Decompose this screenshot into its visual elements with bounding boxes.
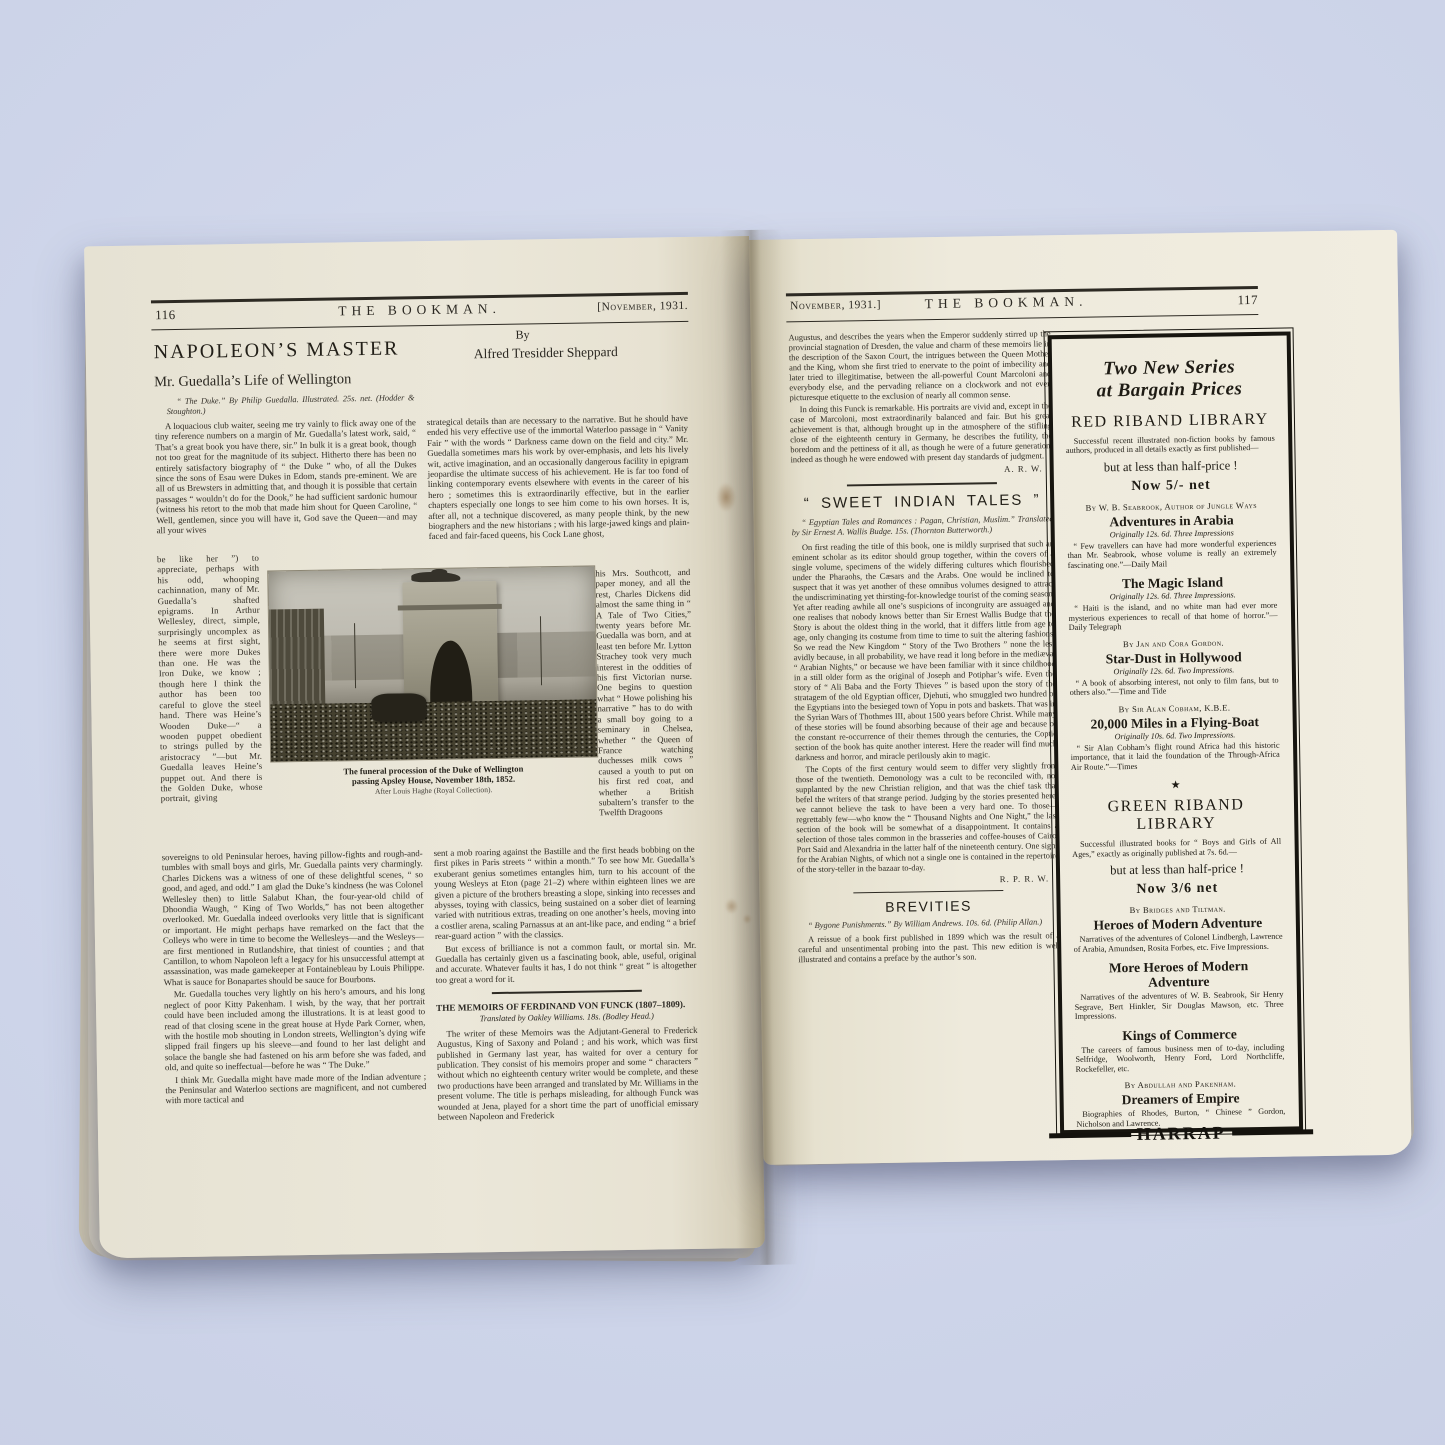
article-text: But excess of brilliance is not a common… <box>435 940 697 986</box>
engraving-funeral-car <box>371 693 427 722</box>
article-text: his Mrs. Southcott, and paper money, and… <box>595 567 694 818</box>
ad-review-quote: “ Haiti is the island, and no white man … <box>1068 601 1277 633</box>
article-text: sovereigns to old Peninsular heroes, hav… <box>162 848 425 987</box>
harrap-rule-right <box>1232 1129 1314 1135</box>
section-heading: BREVITIES <box>797 896 1059 916</box>
article-text-block: sovereigns to old Peninsular heroes, hav… <box>162 848 427 1106</box>
byline: By Alfred Tresidder Sheppard <box>473 325 689 362</box>
series-description: Successful recent illustrated non-fictio… <box>1066 433 1275 455</box>
article-text: sent a mob roaring against the Bastille … <box>434 844 696 942</box>
ad-byline: By Abdullah and Pakenham. <box>1074 1078 1287 1091</box>
ad-review-quote: “ Few travellers can have had more wonde… <box>1067 538 1276 570</box>
ad-headline-line2: at Bargain Prices <box>1096 378 1242 401</box>
byline-prefix: By <box>515 325 688 343</box>
series-price: Now 5/- net <box>1064 476 1277 495</box>
magazine-spread: 116 THE BOOKMAN. [November, 1931. NAPOLE… <box>84 220 1415 1271</box>
ad-headline-line1: Two New Series <box>1103 356 1235 379</box>
reviewer-initials: A. R. W. <box>791 463 1053 477</box>
article-text: On first reading the title of this book,… <box>792 539 1057 763</box>
ad-book-info: Originally 12s. 6d. Three Impressions. <box>1066 590 1279 602</box>
foxing-stain <box>724 898 738 914</box>
engraving-apsley-house <box>269 609 326 712</box>
article-text: A reissue of a book first published in 1… <box>798 931 1060 965</box>
article-subtitle: Mr. Guedalla’s Life of Wellington <box>154 371 351 391</box>
article-text: be like her ”) to appreciate, perhaps wi… <box>157 553 263 804</box>
engraving-figure: The funeral procession of the Duke of We… <box>267 565 597 797</box>
publisher-imprint: HARRAP <box>1049 1121 1313 1146</box>
book-citation: “ The Duke.” By Philip Guedalla. Illustr… <box>166 393 414 417</box>
book-citation: “ Bygone Punishments.” By William Andrew… <box>798 917 1060 931</box>
publisher-name: HARRAP <box>1137 1123 1226 1145</box>
page-number: 117 <box>786 292 1258 315</box>
section-divider-rule <box>491 990 641 994</box>
engraving-image <box>267 565 598 762</box>
engraving-statue-rider <box>431 569 447 576</box>
left-page: 116 THE BOOKMAN. [November, 1931. NAPOLE… <box>84 236 765 1258</box>
article-text: Mr. Guedalla touches very lightly on his… <box>164 985 426 1072</box>
ad-book-title: Kings of Commerce <box>1073 1025 1286 1043</box>
series-description: Successful illustrated books for “ Boys … <box>1072 837 1281 859</box>
ad-byline: By W. B. Seabrook, Author of Jungle Ways <box>1065 499 1278 512</box>
article-text: The writer of these Memoirs was the Adju… <box>436 1025 698 1123</box>
ad-book-description: The careers of famous business men of to… <box>1075 1043 1284 1075</box>
ad-byline: By Jan and Cora Gordon. <box>1067 636 1280 649</box>
ad-book-description: Narratives of the adventures of W. B. Se… <box>1074 990 1283 1022</box>
right-page: November, 1931.] THE BOOKMAN. 117 August… <box>749 230 1411 1165</box>
header-rule-bottom <box>786 314 1258 322</box>
series-offer: but at less than half-price ! <box>1070 861 1283 879</box>
advertisement-frame: Two New Series at Bargain Prices RED RIB… <box>1047 331 1303 1134</box>
ad-book-title: Dreamers of Empire <box>1074 1090 1287 1108</box>
ad-book-title: 20,000 Miles in a Flying-Boat <box>1090 714 1260 732</box>
ad-book-description: Narratives of the adventures of Colonel … <box>1074 932 1283 954</box>
ad-book-title: Heroes of Modern Adventure <box>1071 915 1284 933</box>
byline-author: Alfred Tresidder Sheppard <box>474 343 689 362</box>
ad-book-title: More Heroes of Modern Adventure <box>1091 958 1266 991</box>
ad-byline: By Sir Alan Cobham, K.B.E. <box>1068 701 1281 714</box>
harrap-advertisement: Two New Series at Bargain Prices RED RIB… <box>1044 327 1307 1137</box>
reviewer-initials: R. P. R. W. <box>797 873 1059 887</box>
section-divider-rule <box>847 482 997 486</box>
star-divider-icon: ★ <box>1069 777 1282 793</box>
section-heading: “ SWEET INDIAN TALES ” <box>791 491 1053 512</box>
harrap-rule-left <box>1049 1132 1131 1138</box>
series-offer: but at less than half-price ! <box>1064 457 1277 475</box>
article-text: A loquacious club waiter, seeing me try … <box>155 417 418 536</box>
engraving-crowd <box>270 699 597 761</box>
article-text: The Copts of the first century would see… <box>795 761 1059 875</box>
ad-review-quote: “ Sir Alan Cobham’s flight round Africa … <box>1071 740 1280 772</box>
ad-headline: Two New Series at Bargain Prices <box>1062 355 1276 402</box>
review-column: Augustus, and describes the years when t… <box>789 329 1061 965</box>
ad-review-quote: “ A book of absorbing interest, not only… <box>1069 675 1278 697</box>
book-citation: “ Egyptian Tales and Romances : Pagan, C… <box>791 514 1053 538</box>
foxing-stain <box>716 482 736 512</box>
green-riband-series-title: GREEN RIBAND LIBRARY <box>1069 796 1283 835</box>
section-divider-rule <box>853 890 1003 894</box>
article-text-block: sent a mob roaring against the Bastille … <box>434 844 699 1123</box>
red-riband-series-title: RED RIBAND LIBRARY <box>1063 410 1276 431</box>
article-text: I think Mr. Guedalla might have made mor… <box>165 1071 426 1106</box>
article-title: NAPOLEON’S MASTER <box>154 337 400 364</box>
article-text: In doing this Funck is remarkable. His p… <box>790 401 1053 465</box>
ad-byline: By Bridges and Tiltman. <box>1071 903 1284 916</box>
series-price: Now 3/6 net <box>1071 880 1284 899</box>
foxing-stain <box>743 914 752 924</box>
article-text: strategical details than are necessary t… <box>427 413 690 542</box>
engraving-arch-cornice <box>398 604 502 611</box>
article-text: Augustus, and describes the years when t… <box>789 329 1052 403</box>
